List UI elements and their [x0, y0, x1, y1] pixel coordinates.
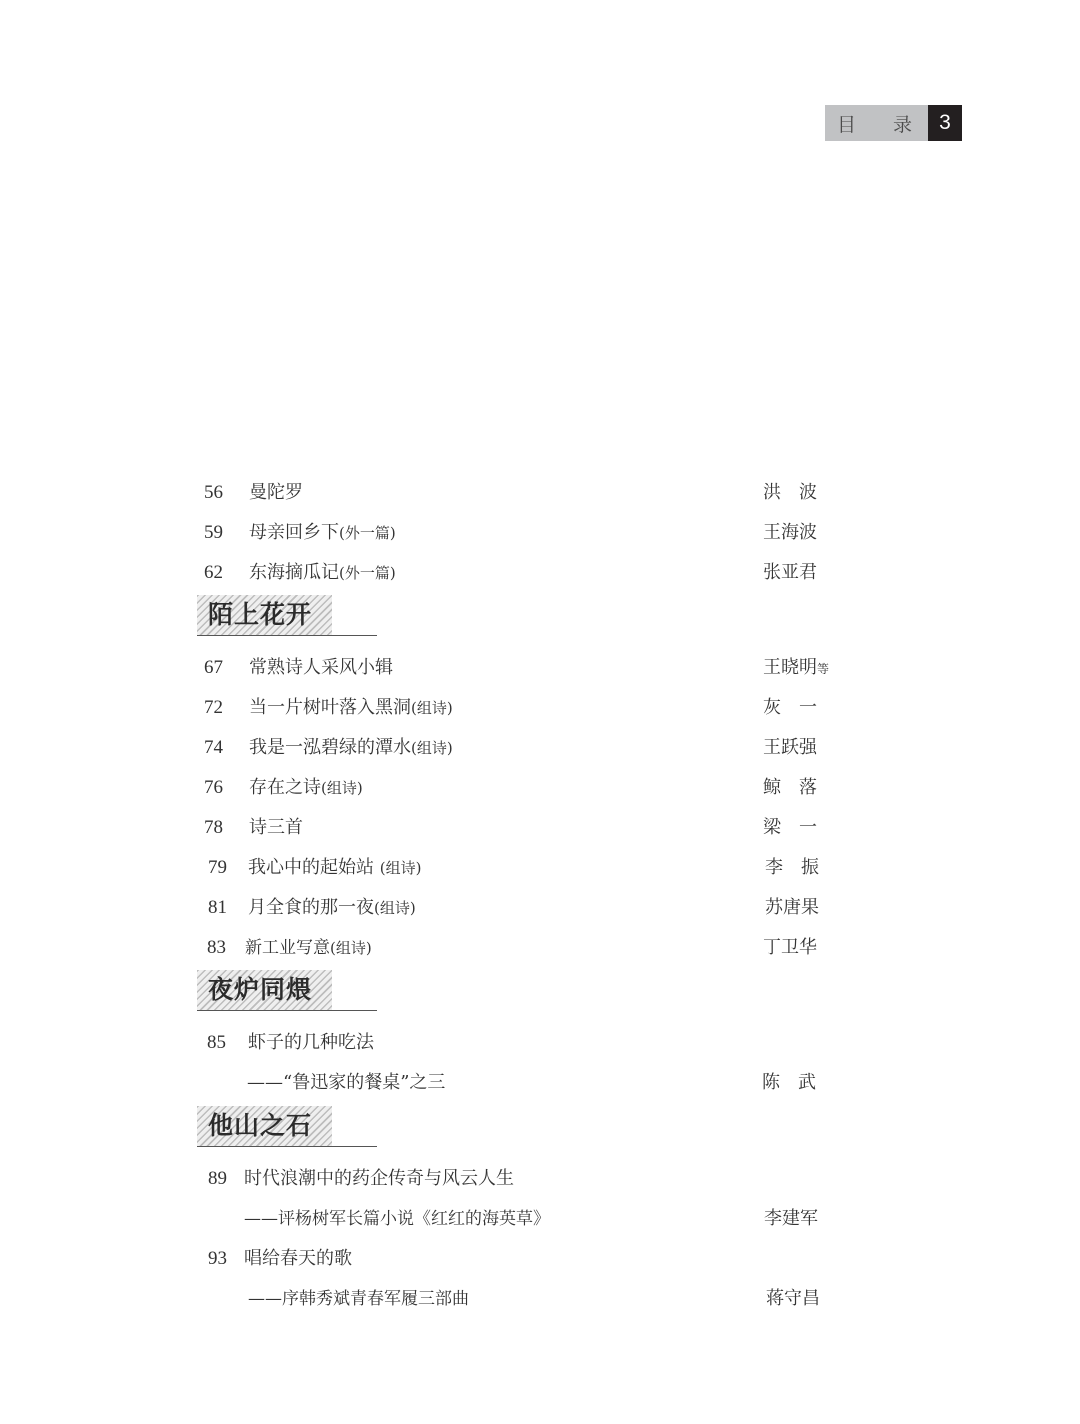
entry-page: 79 — [208, 853, 244, 883]
toc-entry-subtitle[interactable]: ——“鲁迅家的餐桌”之三 陈 武 — [0, 1068, 1080, 1098]
entry-title: 常熟诗人采风小辑 — [249, 653, 393, 683]
entry-author: 丁卫华 — [763, 933, 817, 963]
entry-author: 灰 一 — [763, 693, 817, 723]
entry-page: 81 — [208, 893, 244, 923]
entry-title: 曼陀罗 — [249, 478, 303, 508]
toc-entry[interactable]: 93 唱给春天的歌 — [0, 1244, 1080, 1274]
entry-page: 67 — [204, 653, 240, 683]
entry-page: 83 — [207, 933, 243, 963]
entry-title: 我心中的起始站 (组诗) — [248, 853, 421, 883]
entry-title: 当一片树叶落入黑洞(组诗) — [249, 693, 453, 723]
section-header: 夜炉同煨 — [197, 970, 377, 1011]
entry-title: 虾子的几种吃法 — [248, 1028, 374, 1058]
entry-page: 56 — [204, 478, 240, 508]
toc-entry[interactable]: 76 存在之诗(组诗) 鲸 落 — [0, 773, 1080, 803]
entry-author: 蒋守昌 — [766, 1284, 820, 1314]
entry-title: 时代浪潮中的药企传奇与风云人生 — [244, 1164, 514, 1194]
entry-author: 苏唐果 — [765, 893, 819, 923]
entry-page: 78 — [204, 813, 240, 843]
toc-entry-subtitle[interactable]: ——评杨树军长篇小说《红红的海英草》 李建军 — [0, 1204, 1080, 1234]
toc-entry[interactable]: 83 新工业写意(组诗) 丁卫华 — [0, 933, 1080, 963]
entry-page: 93 — [208, 1244, 244, 1274]
entry-author: 李建军 — [764, 1204, 818, 1234]
entry-subtitle: ——序韩秀斌青春军履三部曲 — [248, 1284, 469, 1314]
section-header: 陌上花开 — [197, 595, 377, 636]
entry-page: 74 — [204, 733, 240, 763]
entry-page: 62 — [204, 558, 240, 588]
toc-entry[interactable]: 72 当一片树叶落入黑洞(组诗) 灰 一 — [0, 693, 1080, 723]
toc-entry[interactable]: 79 我心中的起始站 (组诗) 李 振 — [0, 853, 1080, 883]
toc-entry[interactable]: 81 月全食的那一夜(组诗) 苏唐果 — [0, 893, 1080, 923]
toc-entry[interactable]: 89 时代浪潮中的药企传奇与风云人生 — [0, 1164, 1080, 1194]
entry-title: 诗三首 — [249, 813, 303, 843]
entry-title: 我是一泓碧绿的潭水(组诗) — [249, 733, 453, 763]
entry-author: 陈 武 — [762, 1068, 816, 1098]
section-title: 他山之石 — [208, 1109, 312, 1143]
entry-page: 85 — [207, 1028, 243, 1058]
page-header-badge: 目 录 3 — [825, 105, 962, 141]
page-number: 3 — [928, 105, 962, 141]
toc-entry[interactable]: 56 曼陀罗 洪 波 — [0, 478, 1080, 508]
toc-label-left: 目 — [837, 110, 856, 137]
toc-entry-subtitle[interactable]: ——序韩秀斌青春军履三部曲 蒋守昌 — [0, 1284, 1080, 1314]
section-title: 陌上花开 — [208, 598, 312, 632]
entry-subtitle: ——“鲁迅家的餐桌”之三 — [247, 1068, 445, 1098]
entry-title: 母亲回乡下(外一篇) — [249, 518, 396, 548]
entry-author: 梁 一 — [763, 813, 817, 843]
toc-entry[interactable]: 62 东海摘瓜记(外一篇) 张亚君 — [0, 558, 1080, 588]
toc-entry[interactable]: 74 我是一泓碧绿的潭水(组诗) 王跃强 — [0, 733, 1080, 763]
toc-entry[interactable]: 85 虾子的几种吃法 — [0, 1028, 1080, 1058]
toc-entry[interactable]: 78 诗三首 梁 一 — [0, 813, 1080, 843]
entry-title: 存在之诗(组诗) — [249, 773, 363, 803]
entry-title: 东海摘瓜记(外一篇) — [249, 558, 396, 588]
entry-author: 张亚君 — [763, 558, 817, 588]
entry-title: 唱给春天的歌 — [244, 1244, 352, 1274]
entry-author: 王晓明等 — [763, 653, 829, 684]
entry-title: 新工业写意(组诗) — [245, 933, 372, 963]
entry-author: 鲸 落 — [763, 773, 817, 803]
entry-author: 王跃强 — [763, 733, 817, 763]
entry-page: 59 — [204, 518, 240, 548]
entry-subtitle: ——评杨树军长篇小说《红红的海英草》 — [244, 1204, 550, 1234]
entry-author: 王海波 — [763, 518, 817, 548]
entry-title: 月全食的那一夜(组诗) — [248, 893, 416, 923]
entry-page: 76 — [204, 773, 240, 803]
toc-entry[interactable]: 59 母亲回乡下(外一篇) 王海波 — [0, 518, 1080, 548]
entry-page: 72 — [204, 693, 240, 723]
section-header: 他山之石 — [197, 1106, 377, 1147]
entry-author: 李 振 — [765, 853, 819, 883]
toc-entry[interactable]: 67 常熟诗人采风小辑 王晓明等 — [0, 653, 1080, 683]
toc-label: 目 录 — [825, 105, 928, 141]
toc-label-right: 录 — [893, 110, 912, 137]
entry-author: 洪 波 — [763, 478, 817, 508]
section-title: 夜炉同煨 — [208, 973, 312, 1007]
entry-page: 89 — [208, 1164, 244, 1194]
